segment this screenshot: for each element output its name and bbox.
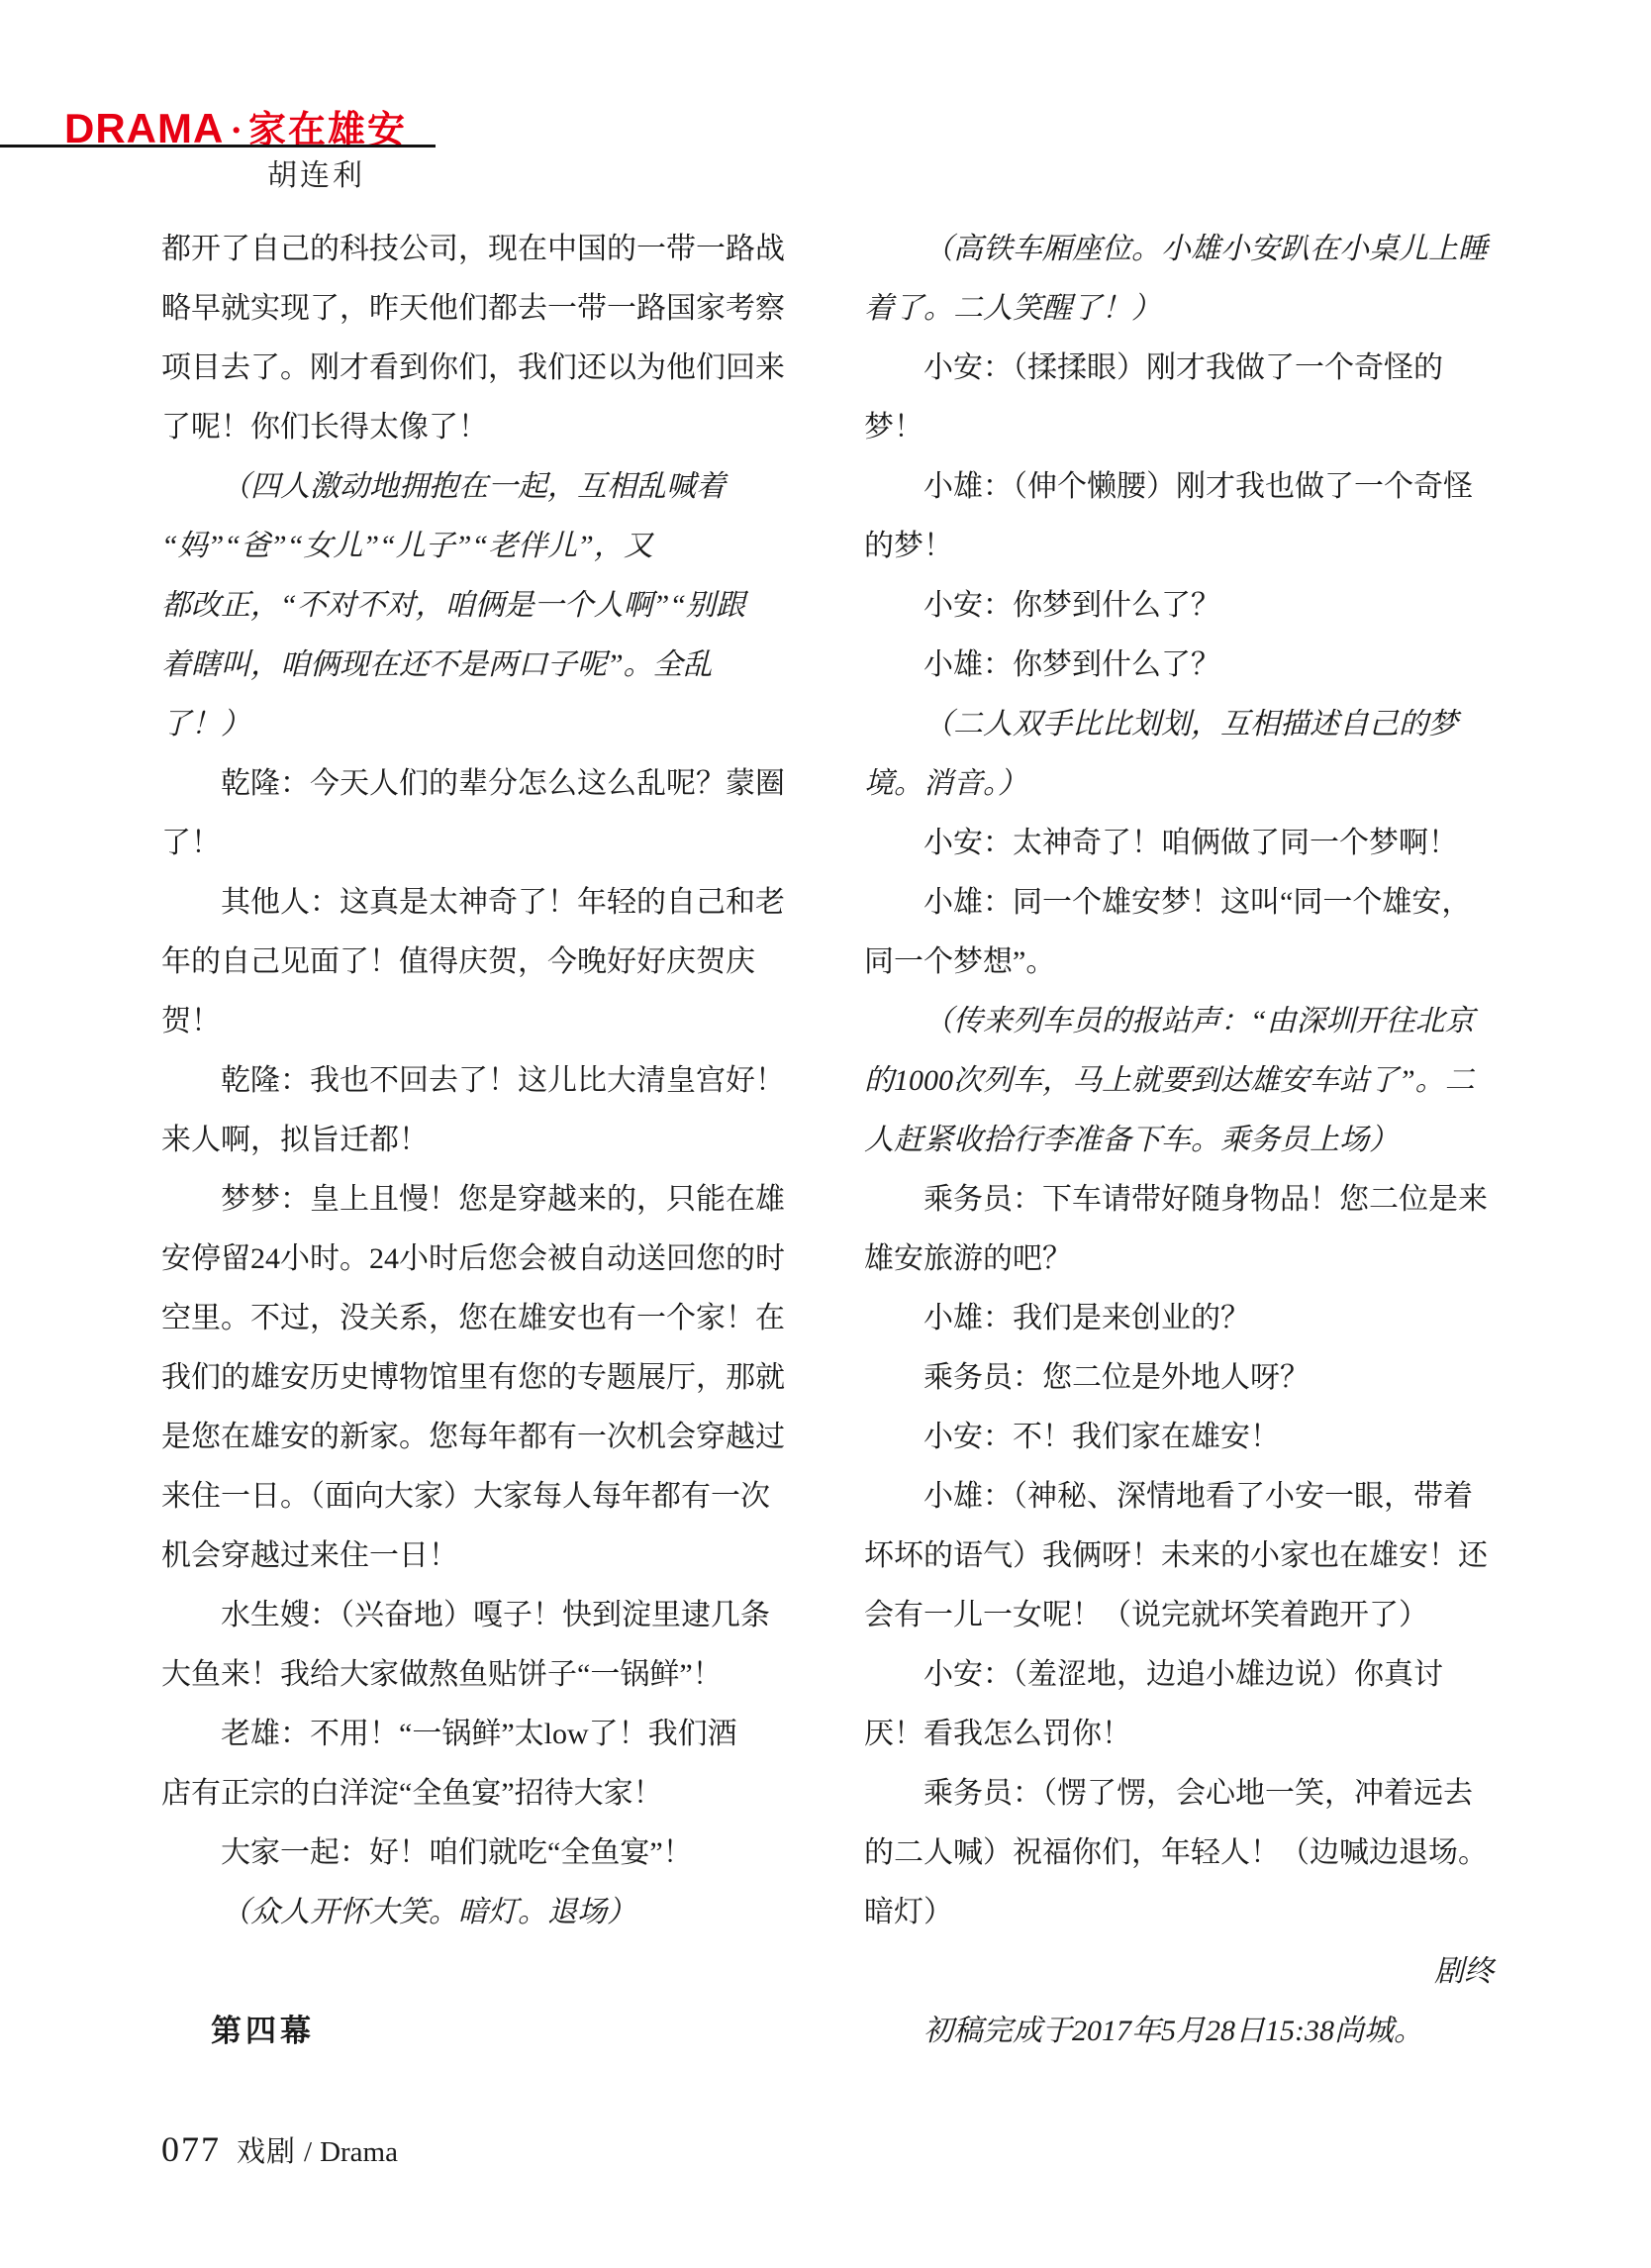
footer-separator: / bbox=[304, 2136, 312, 2169]
dialogue-line: 厌！看我怎么罚你！ bbox=[864, 1705, 1500, 1764]
dialogue-line: 坏坏的语气）我俩呀！未来的小家也在雄安！还 bbox=[864, 1527, 1500, 1586]
dialogue-line: 乾隆：今天人们的辈分怎么这么乱呢？蒙圈 bbox=[161, 754, 797, 814]
stage-direction-line: 都改正，“不对不对，咱俩是一个人啊”“别跟 bbox=[161, 576, 797, 636]
stage-direction-line: （传来列车员的报站声：“由深圳开往北京 bbox=[864, 992, 1500, 1051]
dialogue-line: 都开了自己的科技公司，现在中国的一带一路战 bbox=[161, 220, 797, 279]
dialogue-line: 小雄：你梦到什么了？ bbox=[864, 636, 1500, 695]
dialogue-line: 小安：（羞涩地，边追小雄边说）你真讨 bbox=[864, 1645, 1500, 1705]
stage-direction-line: （众人开怀大笑。暗灯。退场） bbox=[161, 1883, 797, 1942]
dialogue-line: 贺！ bbox=[161, 992, 797, 1051]
page-number: 077 bbox=[161, 2128, 221, 2170]
stage-direction-line: 了！） bbox=[161, 695, 797, 754]
dialogue-line: 小雄：我们是来创业的？ bbox=[864, 1289, 1500, 1348]
act-heading: 第四幕 bbox=[211, 2002, 315, 2061]
dialogue-line: 梦！ bbox=[864, 398, 1500, 457]
footer-section-cn: 戏剧 bbox=[237, 2129, 296, 2170]
dialogue-line: 了呢！你们长得太像了！ bbox=[161, 398, 797, 457]
stage-direction-line: 境。消音。） bbox=[864, 754, 1500, 814]
dialogue-line: 水生嫂：（兴奋地）嘎子！快到淀里逮几条 bbox=[161, 1586, 797, 1645]
dialogue-line: 大家一起：好！咱们就吃“全鱼宴”！ bbox=[161, 1824, 797, 1883]
dialogue-line: 小安：太神奇了！咱俩做了同一个梦啊！ bbox=[864, 814, 1500, 873]
stage-direction-line: 着了。二人笑醒了！） bbox=[864, 279, 1500, 339]
dialogue-line: 同一个梦想”。 bbox=[864, 933, 1500, 992]
stage-direction-line: 初稿完成于2017年5月28日15:38尚城。 bbox=[864, 2002, 1500, 2061]
dialogue-line: 小安：你梦到什么了？ bbox=[864, 576, 1500, 636]
dialogue-line: 项目去了。刚才看到你们，我们还以为他们回来 bbox=[161, 339, 797, 398]
dialogue-line: 机会穿越过来住一日！ bbox=[161, 1527, 797, 1586]
stage-direction-line: 剧终 bbox=[864, 1942, 1500, 2002]
dialogue-line: 乘务员：下车请带好随身物品！您二位是来 bbox=[864, 1170, 1500, 1230]
dialogue-line: 了！ bbox=[161, 814, 797, 873]
dialogue-line: 安停留24小时。24小时后您会被自动送回您的时 bbox=[161, 1230, 797, 1289]
stage-direction-line: （二人双手比比划划，互相描述自己的梦 bbox=[864, 695, 1500, 754]
dialogue-line: 小雄：（神秘、深情地看了小安一眼，带着 bbox=[864, 1467, 1500, 1527]
stage-direction-line: （四人激动地拥抱在一起，互相乱喊着 bbox=[161, 457, 797, 517]
stage-direction-line: （高铁车厢座位。小雄小安趴在小桌儿上睡 bbox=[864, 220, 1500, 279]
dialogue-line: 略早就实现了，昨天他们都去一带一路国家考察 bbox=[161, 279, 797, 339]
right-text-column: （高铁车厢座位。小雄小安趴在小桌儿上睡着了。二人笑醒了！）小安：（揉揉眼）刚才我… bbox=[864, 220, 1500, 2061]
left-text-column: 都开了自己的科技公司，现在中国的一带一路战略早就实现了，昨天他们都去一带一路国家… bbox=[161, 220, 797, 1942]
dialogue-line: 乘务员：您二位是外地人呀？ bbox=[864, 1348, 1500, 1408]
dialogue-line: 来住一日。（面向大家）大家每人每年都有一次 bbox=[161, 1467, 797, 1527]
dialogue-line: 梦梦：皇上且慢！您是穿越来的，只能在雄 bbox=[161, 1170, 797, 1230]
dialogue-line: 暗灯） bbox=[864, 1883, 1500, 1942]
dialogue-line: 的二人喊）祝福你们，年轻人！（边喊边退场。 bbox=[864, 1824, 1500, 1883]
dialogue-line: 乘务员：（愣了愣，会心地一笑，冲着远去 bbox=[864, 1764, 1500, 1824]
dialogue-line: 空里。不过，没关系，您在雄安也有一个家！在 bbox=[161, 1289, 797, 1348]
dialogue-line: 大鱼来！我给大家做熬鱼贴饼子“一锅鲜”！ bbox=[161, 1645, 797, 1705]
dialogue-line: 店有正宗的白洋淀“全鱼宴”招待大家！ bbox=[161, 1764, 797, 1824]
header-rule bbox=[0, 145, 436, 148]
dialogue-line: 雄安旅游的吧？ bbox=[864, 1230, 1500, 1289]
author-name: 胡连利 bbox=[267, 150, 365, 194]
dialogue-line: 其他人：这真是太神奇了！年轻的自己和老 bbox=[161, 873, 797, 933]
stage-direction-line: 着瞎叫，咱俩现在还不是两口子呢”。全乱 bbox=[161, 636, 797, 695]
dialogue-line: 小雄：同一个雄安梦！这叫“同一个雄安， bbox=[864, 873, 1500, 933]
dialogue-line: 小安：不！我们家在雄安！ bbox=[864, 1408, 1500, 1467]
dialogue-line: 乾隆：我也不回去了！这儿比大清皇宫好！ bbox=[161, 1051, 797, 1111]
dialogue-line: 年的自己见面了！值得庆贺，今晚好好庆贺庆 bbox=[161, 933, 797, 992]
dialogue-line: 是您在雄安的新家。您每年都有一次机会穿越过 bbox=[161, 1408, 797, 1467]
stage-direction-line: “妈”“爸”“女儿”“儿子”“老伴儿”，又 bbox=[161, 517, 797, 576]
page-footer: 077 戏剧 / Drama bbox=[161, 2128, 398, 2170]
dialogue-line: 来人啊，拟旨迁都！ bbox=[161, 1111, 797, 1170]
stage-direction-line: 的1000次列车，马上就要到达雄安车站了”。二 bbox=[864, 1051, 1500, 1111]
dialogue-line: 的梦！ bbox=[864, 517, 1500, 576]
dialogue-line: 小安：（揉揉眼）刚才我做了一个奇怪的 bbox=[864, 339, 1500, 398]
dialogue-line: 小雄：（伸个懒腰）刚才我也做了一个奇怪 bbox=[864, 457, 1500, 517]
dialogue-line: 我们的雄安历史博物馆里有您的专题展厅，那就 bbox=[161, 1348, 797, 1408]
stage-direction-line: 人赶紧收拾行李准备下车。乘务员上场） bbox=[864, 1111, 1500, 1170]
footer-section-en: Drama bbox=[320, 2136, 398, 2169]
dialogue-line: 会有一儿一女呢！（说完就坏笑着跑开了） bbox=[864, 1586, 1500, 1645]
dialogue-line: 老雄：不用！“一锅鲜”太low了！我们酒 bbox=[161, 1705, 797, 1764]
